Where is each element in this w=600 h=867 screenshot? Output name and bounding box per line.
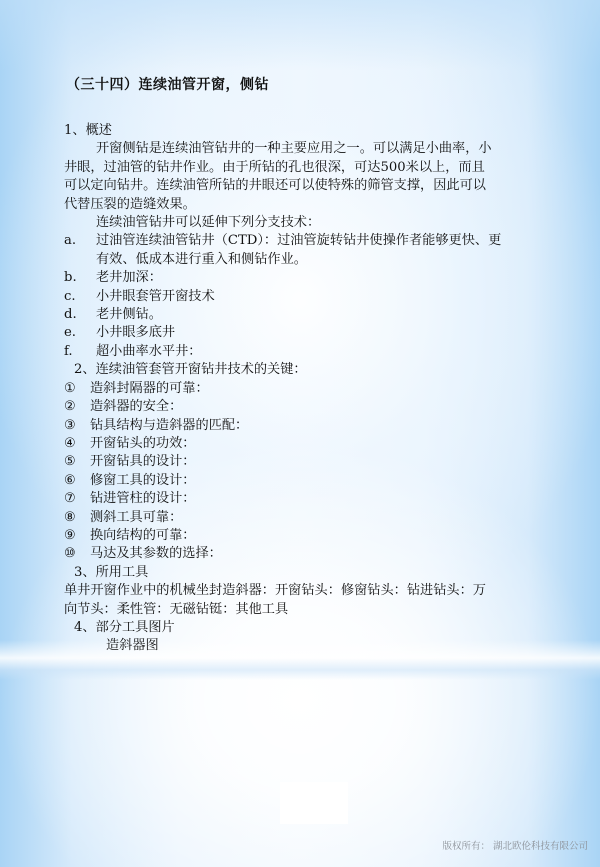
tools-line: 单井开窗作业中的机械坐封造斜器：开窗钻头：修窗钻头：钻进钻头：万: [64, 582, 544, 600]
key-item-10: ⑩ 马达及其参数的选择：: [64, 545, 544, 563]
list-item-c: c. 小井眼套管开窗技术: [64, 288, 544, 306]
list-marker: d.: [64, 306, 96, 324]
list-marker: ⑧: [64, 509, 90, 527]
document-title: （三十四）连续油管开窗，侧钻: [66, 74, 269, 94]
list-text: 老井加深：: [96, 269, 162, 287]
document-page: （三十四）连续油管开窗，侧钻 1、概述 开窗侧钻是连续油管钻井的一种主要应用之一…: [0, 0, 600, 867]
list-text: 老井侧钻。: [96, 306, 162, 324]
list-text: 开窗钻头的功效：: [90, 435, 196, 453]
section2-heading: 2、连续油管套管开窗钻井技术的关键：: [64, 361, 544, 379]
section3-heading: 3、所用工具: [64, 564, 544, 582]
list-marker: c.: [64, 288, 96, 306]
list-marker: ⑥: [64, 472, 90, 490]
list-text: 修窗工具的设计：: [90, 472, 196, 490]
section4-heading: 4、部分工具图片: [64, 619, 544, 637]
key-item-1: ① 造斜封隔器的可靠：: [64, 380, 544, 398]
list-marker: f.: [64, 343, 96, 361]
key-item-6: ⑥ 修窗工具的设计：: [64, 472, 544, 490]
list-marker: e.: [64, 324, 96, 342]
list-marker: ①: [64, 380, 90, 398]
list-marker: ③: [64, 417, 90, 435]
list-text: 测斜工具可靠：: [90, 509, 182, 527]
list-text: 换向结构的可靠：: [90, 527, 196, 545]
list-item-a: a. 过油管连续油管钻井（CTD）：过油管旋转钻井使操作者能够更快、更: [64, 232, 544, 250]
list-marker: ⑤: [64, 453, 90, 471]
list-item-e: e. 小井眼多底井: [64, 324, 544, 342]
list-text: 钻进管柱的设计：: [90, 490, 196, 508]
list-item-a-continuation: 有效、低成本进行重入和侧钻作业。: [64, 251, 544, 269]
key-item-5: ⑤ 开窗钻具的设计：: [64, 453, 544, 471]
key-item-8: ⑧ 测斜工具可靠：: [64, 509, 544, 527]
paragraph-line: 可以定向钻井。连续油管所钻的井眼还可以使特殊的筛管支撑，因此可以: [64, 177, 544, 195]
list-marker: ⑩: [64, 545, 90, 563]
section1-intro: 连续油管钻井可以延伸下列分支技术：: [64, 214, 544, 232]
list-text: 小井眼多底井: [96, 324, 175, 342]
list-item-b: b. 老井加深：: [64, 269, 544, 287]
list-marker: a.: [64, 232, 96, 250]
list-item-f: f. 超小曲率水平井：: [64, 343, 544, 361]
paragraph-line: 井眼，过油管的钻井作业。由于所钻的孔也很深，可达500米以上，而且: [64, 159, 544, 177]
key-item-4: ④ 开窗钻头的功效：: [64, 435, 544, 453]
key-item-3: ③ 钻具结构与造斜器的匹配：: [64, 417, 544, 435]
list-marker: ⑨: [64, 527, 90, 545]
section1-heading: 1、概述: [64, 122, 544, 140]
figure-placeholder-image: [280, 782, 348, 824]
list-text: 造斜器的安全：: [90, 398, 182, 416]
list-item-d: d. 老井侧钻。: [64, 306, 544, 324]
paragraph-line: 代替压裂的造缝效果。: [64, 196, 544, 214]
list-marker: ④: [64, 435, 90, 453]
paragraph-line: 开窗侧钻是连续油管钻井的一种主要应用之一。可以满足小曲率，小: [64, 140, 544, 158]
key-item-9: ⑨ 换向结构的可靠：: [64, 527, 544, 545]
list-marker: ②: [64, 398, 90, 416]
key-item-2: ② 造斜器的安全：: [64, 398, 544, 416]
copyright-footer: 版权所有： 湖北欧伦科技有限公司: [442, 838, 588, 852]
list-text: 开窗钻具的设计：: [90, 453, 196, 471]
list-marker: b.: [64, 269, 96, 287]
list-text: 超小曲率水平井：: [96, 343, 202, 361]
list-text: 过油管连续油管钻井（CTD）：过油管旋转钻井使操作者能够更快、更: [96, 232, 501, 250]
key-item-7: ⑦ 钻进管柱的设计：: [64, 490, 544, 508]
list-text: 马达及其参数的选择：: [90, 545, 222, 563]
list-text: 钻具结构与造斜器的匹配：: [90, 417, 248, 435]
list-marker: ⑦: [64, 490, 90, 508]
tools-line: 向节头：柔性管：无磁钻铤：其他工具: [64, 601, 544, 619]
list-text: 小井眼套管开窗技术: [96, 288, 215, 306]
document-body: 1、概述 开窗侧钻是连续油管钻井的一种主要应用之一。可以满足小曲率，小 井眼，过…: [64, 122, 544, 656]
list-text: 造斜封隔器的可靠：: [90, 380, 209, 398]
figure-caption: 造斜器图: [64, 637, 544, 655]
